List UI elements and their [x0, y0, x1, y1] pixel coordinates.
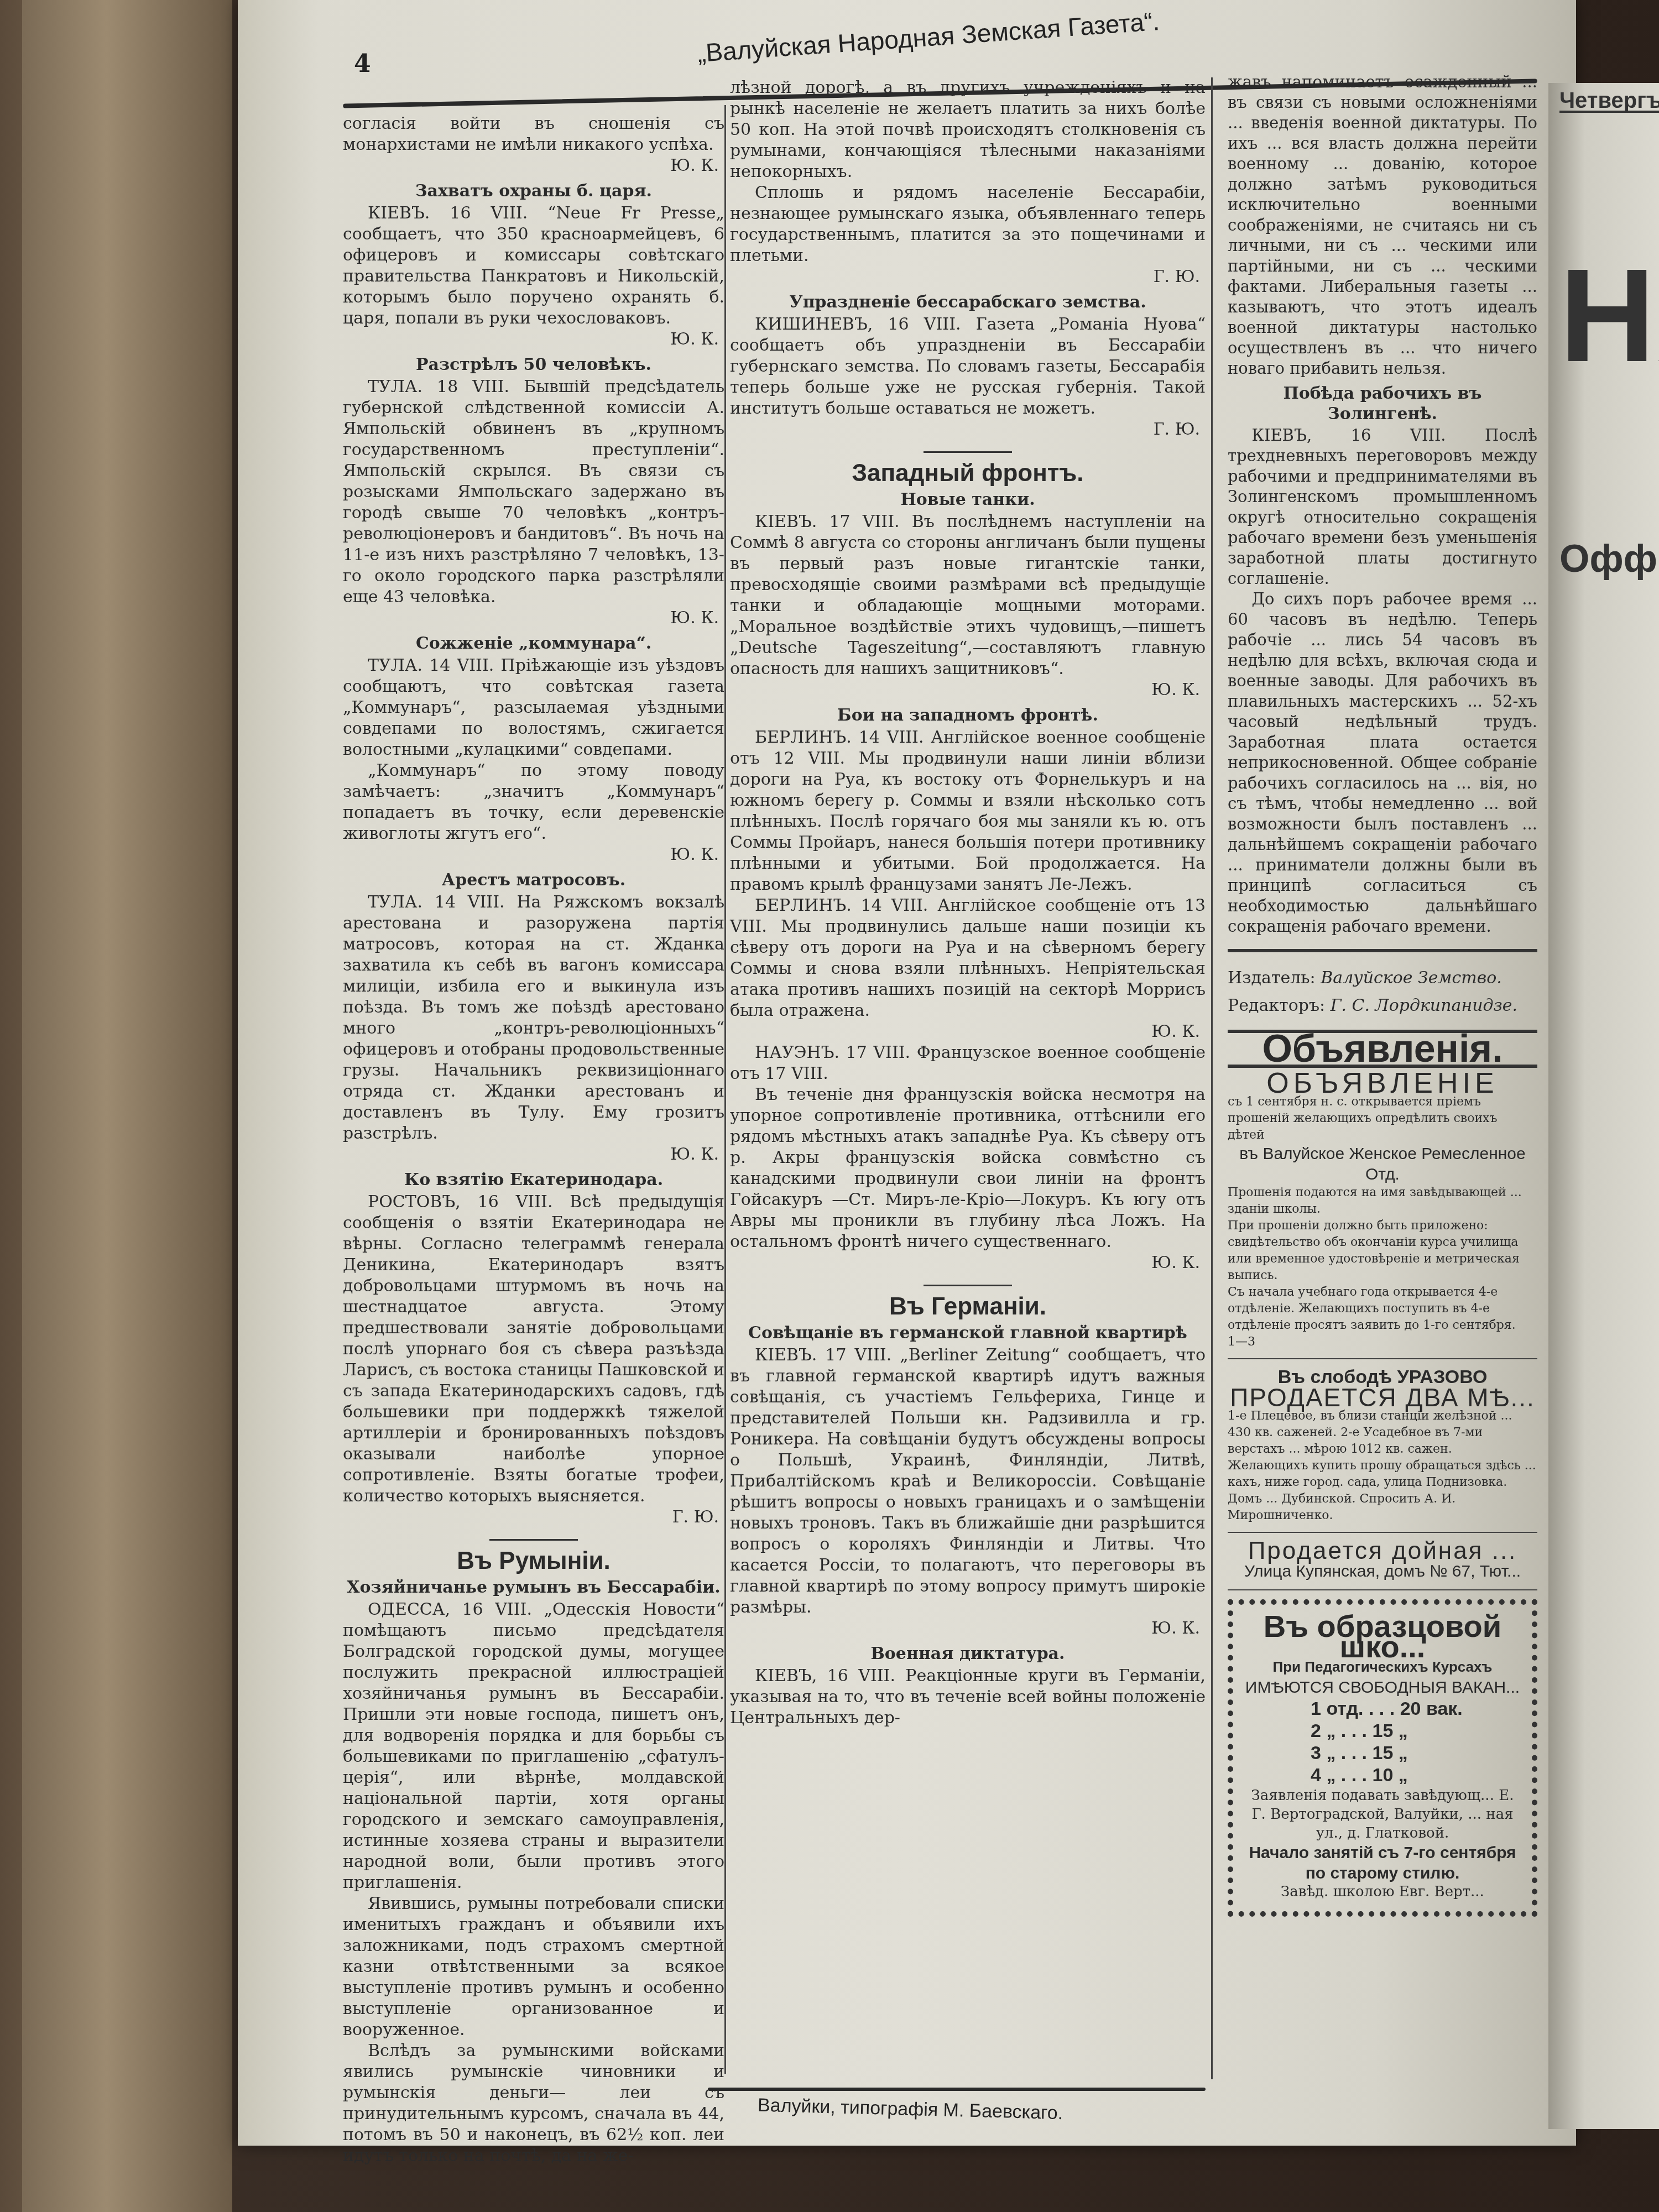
- ad-text: Заявленія подавать завѣдующ... Е. Г. Вер…: [1244, 1786, 1521, 1843]
- article-text: жавъ напоминаетъ осажденный ... въ связи…: [1228, 72, 1537, 379]
- editor-line: Редакторъ: Г. С. Лордкипанидзе.: [1228, 992, 1537, 1020]
- page-number: 4: [354, 50, 371, 78]
- ad-text: 1—3: [1228, 1334, 1537, 1350]
- article-signature: Ю. К.: [343, 1144, 724, 1165]
- article-title: Разстрѣлъ 50 человѣкъ.: [343, 354, 724, 375]
- article-signature: Г. Ю.: [343, 1507, 724, 1528]
- vacancy-row: 3 „ . . . 15 „: [1311, 1742, 1521, 1764]
- ad-text: съ 1 сентября н. с. открывается пріемъ п…: [1228, 1094, 1537, 1144]
- article-text: ТУЛА. 14 VIII. На Ряжскомъ вокзалѣ арест…: [343, 892, 724, 1144]
- ad-text: При прошеніи должно быть приложено: свид…: [1228, 1218, 1537, 1284]
- article-text: НАУЭНЪ. 17 VIII. Французское военное соо…: [730, 1042, 1206, 1084]
- article-text: ТУЛА. 18 VIII. Бывшій предсѣдатель губер…: [343, 377, 724, 608]
- ad-text: въ Валуйское Женское Ремесленное Отд.: [1228, 1144, 1537, 1185]
- article-title: Хозяйничанье румынъ въ Бессарабіи.: [343, 1577, 724, 1598]
- article-text: КІЕВЪ, 16 VIII. Реакціонные круги въ Гер…: [730, 1666, 1206, 1729]
- article-text: Явившись, румыны потребовали списки имен…: [343, 1893, 724, 2041]
- ad-divider: [1228, 1532, 1537, 1533]
- article-text: согласія войти въ сношенія съ монархиста…: [343, 113, 724, 155]
- article-title: Совѣщаніе въ германской главной квартирѣ: [730, 1323, 1206, 1344]
- section-separator: [924, 451, 1012, 453]
- ad-text: Улица Купянская, домъ № 67, Тют...: [1228, 1561, 1537, 1582]
- ad-text: Съ начала учебнаго года открывается 4-е …: [1228, 1284, 1537, 1334]
- next-page-masthead: НАІ: [1559, 249, 1659, 382]
- ad-title: Въ образцовой шко...: [1244, 1616, 1521, 1657]
- article-title: Упраздненіе бессарабскаго земства.: [730, 292, 1206, 313]
- article-text: БЕРЛИНЪ. 14 VIII. Англійское военное соо…: [730, 727, 1206, 895]
- section-separator: [489, 1539, 578, 1541]
- ad-title: Продается дойная ...: [1228, 1541, 1537, 1561]
- article-signature: Ю. К.: [730, 1253, 1206, 1274]
- article-title: Военная диктатура.: [730, 1644, 1206, 1665]
- section-title: Въ Германіи.: [730, 1296, 1206, 1317]
- ads-section-title: Объявленія.: [1228, 1039, 1537, 1059]
- article-text: КІЕВЪ. 16 VIII. “Neue Fr Presse„ сообщае…: [343, 203, 724, 329]
- book-binding: [22, 0, 232, 2212]
- publisher-label: Издатель:: [1228, 968, 1316, 988]
- article-text: КИШИНЕВЪ, 16 VIII. Газета „Романіа Нуова…: [730, 314, 1206, 419]
- vacancy-row: 1 отд. . . . 20 вак.: [1311, 1698, 1521, 1720]
- article-text: КІЕВЪ. 17 VIII. „Berliner Zeitung“ сообщ…: [730, 1345, 1206, 1618]
- school-ad-box: Въ образцовой шко... При Педагогическихъ…: [1228, 1599, 1537, 1917]
- article-signature: Ю. К.: [730, 1021, 1206, 1042]
- ad-subtitle: ИМѢЮТСЯ СВОБОДНЫЯ ВАКАН...: [1244, 1677, 1521, 1698]
- article-text: БЕРЛИНЪ. 14 VIII. Англійское сообщеніе о…: [730, 895, 1206, 1021]
- article-title: Захватъ охраны б. царя.: [343, 181, 724, 202]
- article-signature: Ю. К.: [730, 1618, 1206, 1639]
- ad-text: Желающихъ купить прошу обращаться здѣсь …: [1228, 1458, 1537, 1524]
- ad-subtitle: При Педагогическихъ Курсахъ: [1244, 1657, 1521, 1677]
- article-title: Сожженіе „коммунара“.: [343, 633, 724, 654]
- ad-text: 1-е Плецевое, въ близи станціи желѣзной …: [1228, 1408, 1537, 1458]
- article-title: Бои на западномъ фронтѣ.: [730, 705, 1206, 726]
- article-text: До сихъ поръ рабочее время ... 60 часовъ…: [1228, 589, 1537, 937]
- column-divider-1: [724, 105, 726, 2074]
- publisher-line: Издатель: Валуйское Земство.: [1228, 964, 1537, 992]
- editor-label: Редакторъ:: [1228, 996, 1325, 1015]
- next-page-heading: Оффиц: [1559, 536, 1659, 581]
- article-signature: Г. Ю.: [730, 267, 1206, 288]
- bottom-rule: [708, 2088, 1206, 2091]
- article-signature: Ю. К.: [343, 329, 724, 350]
- article-text: лѣзной дорогѣ, а въ другихъ учрежденіяхъ…: [730, 77, 1206, 182]
- ad-divider: [1228, 1358, 1537, 1359]
- article-title: Арестъ матросовъ.: [343, 870, 724, 891]
- section-separator: [924, 1285, 1012, 1286]
- ad-title: ОБЪЯВЛЕНІЕ: [1228, 1073, 1537, 1094]
- article-signature: Ю. К.: [343, 608, 724, 629]
- article-title: Побѣда рабочихъ въ Золингенѣ.: [1228, 383, 1537, 424]
- article-signature: Ю. К.: [343, 844, 724, 865]
- next-page-rule: [1559, 111, 1659, 113]
- article-signature: Ю. К.: [343, 155, 724, 176]
- article-text: Въ теченіе дня французскія войска несмот…: [730, 1084, 1206, 1253]
- vacancy-row: 4 „ . . . 10 „: [1311, 1764, 1521, 1786]
- section-title: Въ Румыніи.: [343, 1551, 724, 1572]
- article-text: ОДЕССА, 16 VIII. „Одесскія Новости“ помѣ…: [343, 1599, 724, 1893]
- imprint-rule: [1228, 949, 1537, 952]
- article-text: РОСТОВЪ, 16 VIII. Всѣ предыдущія сообщен…: [343, 1192, 724, 1507]
- article-text: „Коммунаръ“ по этому поводу замѣчаетъ: „…: [343, 760, 724, 844]
- publisher-name: Валуйское Земство.: [1321, 968, 1501, 988]
- article-text: КІЕВЪ. 17 VIII. Въ послѣднемъ наступлені…: [730, 512, 1206, 680]
- section-title: Западный фронтъ.: [730, 463, 1206, 484]
- vacancy-row: 2 „ . . . 15 „: [1311, 1720, 1521, 1742]
- ad-text: Прошенія подаются на имя завѣдывающей ..…: [1228, 1185, 1537, 1218]
- column-1: согласія войти въ сношенія съ монархиста…: [343, 113, 724, 2167]
- article-title: Новые танки.: [730, 489, 1206, 510]
- article-title: Ко взятію Екатеринодара.: [343, 1170, 724, 1191]
- editor-name: Г. С. Лордкипанидзе.: [1331, 996, 1517, 1015]
- article-text: ТУЛА. 14 VIII. Пріѣжающіе изъ уѣздовъ со…: [343, 655, 724, 760]
- next-page-edge: Четвергъ, НАІ Оффиц: [1548, 83, 1659, 2129]
- ad-signature: Завѣд. школою Евг. Верт...: [1244, 1884, 1521, 1900]
- article-text: КІЕВЪ, 16 VIII. Послѣ трехдневныхъ перег…: [1228, 425, 1537, 589]
- ad-text: Начало занятій съ 7-го сентября по старо…: [1244, 1843, 1521, 1884]
- column-3: жавъ напоминаетъ осажденный ... въ связи…: [1228, 72, 1537, 2118]
- ad-title: ПРОДАЕТСЯ ДВА МѢ...: [1228, 1387, 1537, 1408]
- article-signature: Ю. К.: [730, 680, 1206, 701]
- masthead-title: „Валуйская Народная Земская Газета“.: [696, 6, 1160, 68]
- article-text: Вслѣдъ за румынскими войсками явились ру…: [343, 2041, 724, 2167]
- article-text: Сплошь и рядомъ населеніе Бессарабіи, не…: [730, 182, 1206, 267]
- article-signature: Г. Ю.: [730, 419, 1206, 440]
- column-divider-2: [1211, 77, 1213, 2079]
- column-2: лѣзной дорогѣ, а въ другихъ учрежденіяхъ…: [730, 77, 1206, 1729]
- ad-divider: [1228, 1589, 1537, 1590]
- next-page-date: Четвергъ,: [1559, 88, 1659, 113]
